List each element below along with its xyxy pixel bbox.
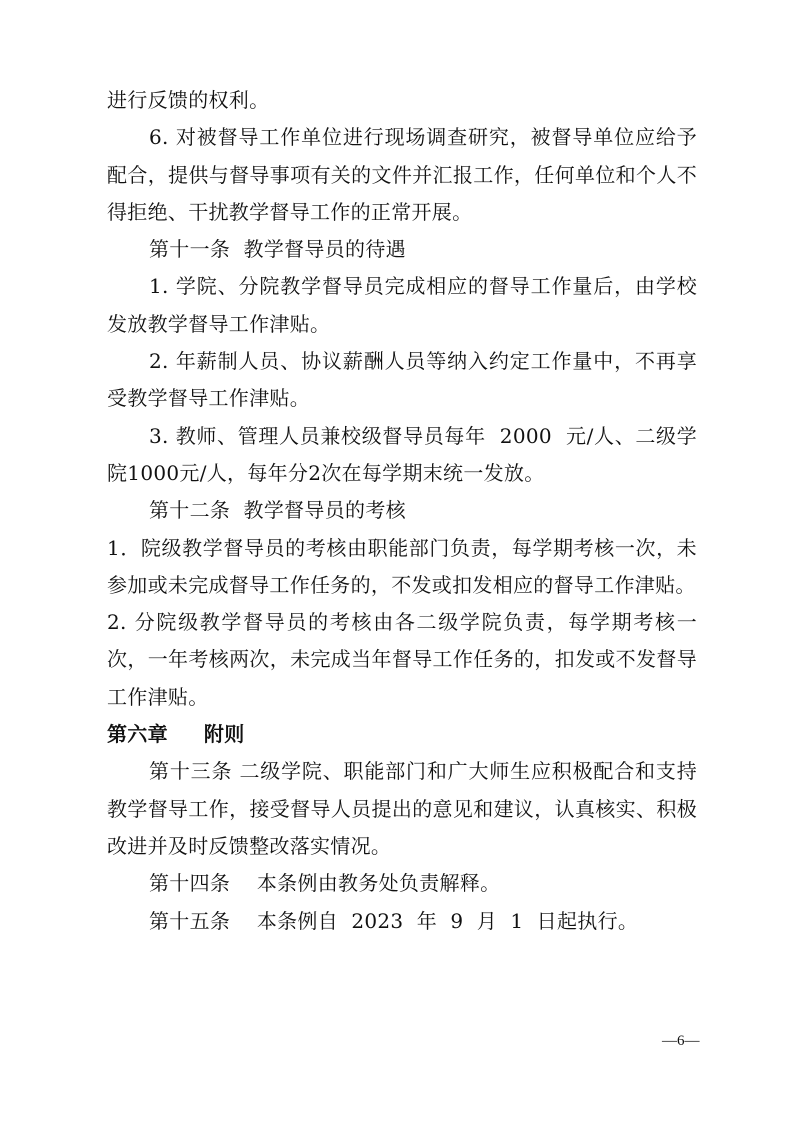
article-11-item-2: 2. 年薪制人员、协议薪酬人员等纳入约定工作量中，不再享受教学督导工作津贴。	[107, 343, 697, 418]
article-11-item-3: 3. 教师、管理人员兼校级督导员每年 2000 元/人、二级学院1000元/人，…	[107, 418, 697, 493]
article-13: 第十三条 二级学院、职能部门和广大师生应积极配合和支持教学督导工作，接受督导人员…	[107, 753, 697, 865]
paragraph-rights-feedback: 进行反馈的权利。	[107, 82, 697, 119]
article-11-item-1: 1. 学院、分院教学督导员完成相应的督导工作量后，由学校发放教学督导工作津贴。	[107, 268, 697, 343]
article-12-item-1: 1．院级教学督导员的考核由职能部门负责，每学期考核一次，未参加或未完成督导工作任…	[107, 530, 697, 605]
article-15: 第十五条 本条例自 2023 年 9 月 1 日起执行。	[107, 903, 697, 940]
article-11-title: 第十一条 教学督导员的待遇	[107, 231, 697, 268]
page-number: —6—	[662, 1033, 700, 1050]
document-page: 进行反馈的权利。 6. 对被督导工作单位进行现场调查研究，被督导单位应给予配合，…	[0, 0, 793, 1122]
chapter-number: 第六章	[107, 722, 168, 746]
article-12-item-2: 2. 分院级教学督导员的考核由各二级学院负责，每学期考核一次，一年考核两次，未完…	[107, 604, 697, 716]
chapter-6-heading: 第六章附则	[107, 716, 697, 753]
article-14: 第十四条 本条例由教务处负责解释。	[107, 865, 697, 902]
article-12-title: 第十二条 教学督导员的考核	[107, 492, 697, 529]
document-body: 进行反馈的权利。 6. 对被督导工作单位进行现场调查研究，被督导单位应给予配合，…	[107, 82, 697, 940]
paragraph-item-6: 6. 对被督导工作单位进行现场调查研究，被督导单位应给予配合，提供与督导事项有关…	[107, 119, 697, 231]
chapter-title: 附则	[204, 722, 245, 746]
